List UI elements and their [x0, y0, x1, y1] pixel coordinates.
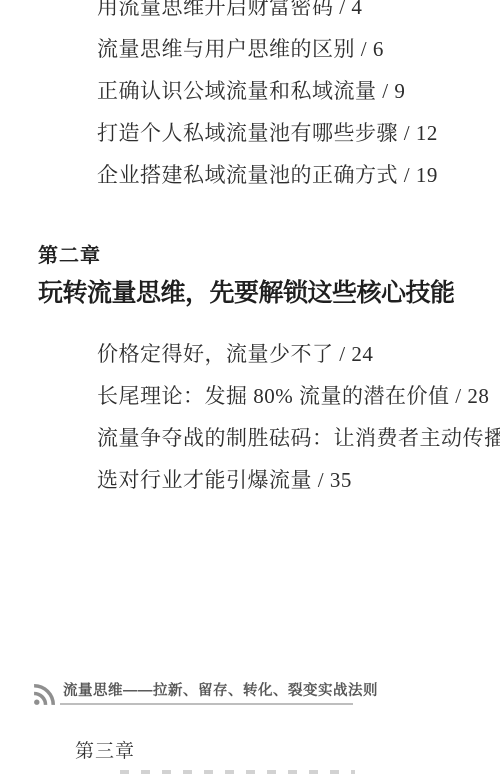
toc-entry-separator: /	[398, 121, 416, 145]
chapter2-title: 玩转流量思维，先要解锁这些核心技能	[38, 280, 455, 308]
toc-entry-separator: /	[334, 342, 352, 366]
toc-entry-title: 正确认识公域流量和私域流量	[97, 79, 377, 103]
toc-entry-separator: /	[334, 0, 352, 19]
toc-entry: 企业搭建私域流量池的正确方式 / 19	[97, 154, 438, 196]
toc-entry: 流量思维与用户思维的区别 / 6	[97, 28, 438, 70]
chapter3-label: 第三章	[75, 741, 135, 762]
toc-entry-separator: /	[377, 79, 395, 103]
toc-entry: 选对行业才能引爆流量 / 35	[97, 459, 500, 501]
toc-entry-separator: /	[450, 384, 468, 408]
toc-entry: 流量争夺战的制胜砝码：让消费者主动传播 / 31	[97, 417, 500, 459]
toc-entry-title: 流量思维与用户思维的区别	[97, 37, 355, 61]
toc-entry-title: 价格定得好，流量少不了	[97, 342, 334, 366]
toc-section-2: 价格定得好，流量少不了 / 24 长尾理论：发掘 80% 流量的潜在价值 / 2…	[97, 333, 500, 501]
toc-entry-title: 流量争夺战的制胜砝码：让消费者主动传播	[97, 426, 500, 450]
toc-entry-page: 19	[416, 163, 438, 187]
toc-entry-page: 9	[394, 79, 405, 103]
chapter2-label: 第二章	[38, 245, 101, 267]
toc-entry-page: 6	[373, 37, 384, 61]
toc-section-1: 用流量思维开启财富密码 / 4 流量思维与用户思维的区别 / 6 正确认识公域流…	[97, 0, 438, 196]
toc-entry-separator: /	[312, 468, 330, 492]
running-head-book-title: 流量思维——拉新、留存、转化、裂变实战法则	[63, 684, 378, 699]
toc-entry-page: 35	[330, 468, 352, 492]
toc-entry-title: 长尾理论：发掘 80% 流量的潜在价值	[97, 384, 450, 408]
toc-entry-page: 28	[467, 384, 489, 408]
toc-entry: 打造个人私域流量池有哪些步骤 / 12	[97, 112, 438, 154]
toc-entry-separator: /	[398, 163, 416, 187]
toc-entry: 正确认识公域流量和私域流量 / 9	[97, 70, 438, 112]
footer-underline	[60, 703, 353, 705]
rss-icon	[32, 682, 57, 707]
toc-entry-page: 24	[351, 342, 373, 366]
toc-entry-title: 选对行业才能引爆流量	[97, 468, 312, 492]
toc-entry: 长尾理论：发掘 80% 流量的潜在价值 / 28	[97, 375, 500, 417]
book-toc-page: 用流量思维开启财富密码 / 4 流量思维与用户思维的区别 / 6 正确认识公域流…	[0, 0, 500, 774]
toc-entry-title: 打造个人私域流量池有哪些步骤	[97, 121, 398, 145]
toc-entry-title: 用流量思维开启财富密码	[97, 0, 334, 19]
clipped-text-line	[120, 770, 355, 774]
toc-entry-title: 企业搭建私域流量池的正确方式	[97, 163, 398, 187]
toc-entry: 用流量思维开启财富密码 / 4	[97, 0, 438, 28]
toc-entry-page: 4	[351, 0, 362, 19]
toc-entry-separator: /	[355, 37, 373, 61]
toc-entry: 价格定得好，流量少不了 / 24	[97, 333, 500, 375]
toc-entry-page: 12	[416, 121, 438, 145]
